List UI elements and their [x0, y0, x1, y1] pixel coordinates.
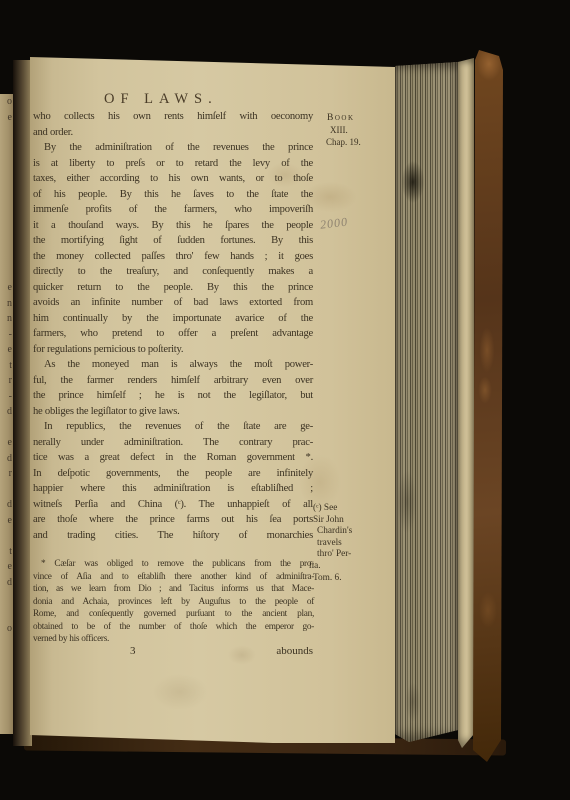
footnote: * Cæſar was obliged to remove the public…	[33, 558, 314, 646]
margin-side-note: (ᶜ) SeeSir JohnChardin'stravelsthro' Per…	[313, 503, 391, 584]
facing-page-letter-fragment: n	[0, 311, 14, 327]
body-line: the prince himſelf ; he is not the legiſ…	[33, 388, 313, 404]
book-page: OF LAWS. 313 BookXIII.Chap. 19. (ᶜ) SeeS…	[30, 57, 395, 743]
book-gutter-shadow	[13, 60, 32, 746]
body-line: As the moneyed man is always the moſt po…	[33, 357, 313, 373]
facing-page-letter-fragment	[0, 637, 14, 653]
signature-mark: 3	[130, 645, 136, 657]
body-line: avoids an infinite number of bad laws ex…	[33, 295, 313, 311]
photo-background: { "colors": { "background": "#0b0906", "…	[0, 0, 570, 800]
footnote-line: tion, as we learn from Dio ; and Tacitus…	[33, 583, 314, 596]
chapter-ref-line: Chap. 19.	[313, 136, 391, 148]
facing-page-letter-fragment: t	[0, 544, 14, 560]
body-line: taxes, either according to his own wants…	[33, 171, 313, 187]
facing-page-letter-fragment: d	[0, 497, 14, 513]
footnote-line: * Cæſar was obliged to remove the public…	[33, 558, 314, 571]
facing-page-letter-fragment	[0, 187, 14, 203]
facing-page-letter-fragment: n	[0, 296, 14, 312]
facing-page-letter-fragment	[0, 125, 14, 141]
book-photo: oeenn-etr-dedrdetedo OF LAWS. 313 BookXI…	[0, 0, 570, 800]
facing-page-letter-fragment	[0, 528, 14, 544]
facing-page-sliver: oeenn-etr-dedrdetedo	[0, 94, 14, 734]
ink-smudge	[397, 470, 417, 534]
facing-page-letter-fragment	[0, 482, 14, 498]
body-line: tice was a great defect in the Roman gov…	[33, 450, 313, 466]
footnote-line: Rome, and conſequently governed purſuant…	[33, 608, 314, 621]
footnote-line: obtained to be of the number of thoſe wh…	[33, 621, 314, 634]
body-line: the mortifying ſight of ſudden fortunes.…	[33, 233, 313, 249]
facing-page-letter-fragment: o	[0, 94, 14, 110]
facing-page-letter-fragment: e	[0, 513, 14, 529]
body-line: he obliges the legiſlator to give laws.	[33, 404, 313, 420]
body-line: By the adminiſtration of the revenues th…	[33, 140, 313, 156]
facing-page-letter-fragment: r	[0, 373, 14, 389]
ink-smudge	[405, 682, 421, 722]
facing-page-letter-fragment	[0, 590, 14, 606]
body-line: quicker return to the people. By this th…	[33, 280, 313, 296]
chapter-ref-line: Book	[313, 112, 391, 124]
facing-page-letter-fragment	[0, 249, 14, 265]
footnote-line: donia and Achaia, provinces left by Augu…	[33, 596, 314, 609]
facing-page-letter-fragment: t	[0, 358, 14, 374]
footnote-line: vince of Aſia and to eſtabliſh there ano…	[33, 571, 314, 584]
facing-page-letter-fragment: e	[0, 559, 14, 575]
facing-page-letter-fragment	[0, 265, 14, 281]
body-line: immenſe profits of the farmers, who impo…	[33, 202, 313, 218]
facing-page-letter-fragment: d	[0, 575, 14, 591]
footnote-line: verned by his officers.	[33, 633, 314, 646]
fore-edge-page-stack	[395, 62, 458, 742]
body-line: are thoſe where the prince farms out his…	[33, 512, 313, 528]
running-title: OF LAWS.	[104, 91, 218, 108]
body-line: In deſpotic governments, the people are …	[33, 466, 313, 482]
facing-page-letter-fragment: e	[0, 435, 14, 451]
side-note-line: (ᶜ) See	[313, 503, 391, 515]
side-note-line: Sir John	[313, 515, 391, 527]
body-line: who collects his own rents himſelf with …	[33, 109, 313, 125]
pencil-annotation: 2000	[319, 212, 366, 232]
facing-page-letter-fragment	[0, 606, 14, 622]
chapter-ref-line: XIII.	[313, 124, 391, 136]
facing-page-letter-fragment: -	[0, 389, 14, 405]
body-line: for regulations pernicious to poſterity.	[33, 342, 313, 358]
body-line: is at liberty to preſs or to retard the …	[33, 156, 313, 172]
body-line: the money collected paſſes thro' few han…	[33, 249, 313, 265]
body-line: In republics, the revenues of the ſtate …	[33, 419, 313, 435]
body-line: and trading cities. The hiſtory of monar…	[33, 528, 313, 544]
side-note-line: travels	[313, 538, 391, 550]
facing-page-letter-fragment	[0, 141, 14, 157]
side-note-line: thro' Per-	[313, 549, 391, 561]
body-line: him continually by the importunate avari…	[33, 311, 313, 327]
body-line: it a thouſand ways. By this he ſpares th…	[33, 218, 313, 234]
facing-page-letter-fragment	[0, 172, 14, 188]
leather-cover-edge	[473, 50, 503, 762]
body-line: and order.	[33, 125, 313, 141]
catchword: abounds	[276, 645, 313, 657]
body-line: farmers, who pretend to offer a preſent …	[33, 326, 313, 342]
facing-page-letter-fragment: e	[0, 110, 14, 126]
side-note-line: ſia.	[309, 561, 391, 573]
facing-page-letter-fragment: e	[0, 342, 14, 358]
facing-page-letter-fragment	[0, 218, 14, 234]
margin-chapter-reference: BookXIII.Chap. 19.	[313, 112, 391, 148]
body-line: directly to the treaſury, and conſequent…	[33, 264, 313, 280]
facing-page-letter-fragment	[0, 156, 14, 172]
body-text: who collects his own rents himſelf with …	[33, 109, 313, 543]
facing-page-letter-fragment: d	[0, 404, 14, 420]
facing-page-letter-fragment: o	[0, 621, 14, 637]
facing-page-letter-fragment: d	[0, 451, 14, 467]
body-line: nerally under adminiſtration. The contra…	[33, 435, 313, 451]
side-note-line: Chardin's	[313, 526, 391, 538]
endpaper-sliver	[458, 58, 474, 748]
body-line: of his people. By this he ſaves to the ſ…	[33, 187, 313, 203]
facing-page-letter-fragment	[0, 420, 14, 436]
facing-page-letter-fragment: r	[0, 466, 14, 482]
body-line: happier where this adminiſtration is eſt…	[33, 481, 313, 497]
facing-page-letter-fragment: e	[0, 280, 14, 296]
body-line: witneſs Perſia and China (ᶜ). The unhapp…	[33, 497, 313, 513]
facing-page-letter-fragment	[0, 203, 14, 219]
ink-smudge	[401, 160, 425, 204]
body-line: ful, the farmer renders himſelf arbitrar…	[33, 373, 313, 389]
facing-page-letter-fragment: -	[0, 327, 14, 343]
facing-page-letter-fragment	[0, 234, 14, 250]
side-note-line: Tom. 6.	[313, 573, 391, 585]
page-bottom-row: 3 abounds	[33, 645, 313, 661]
